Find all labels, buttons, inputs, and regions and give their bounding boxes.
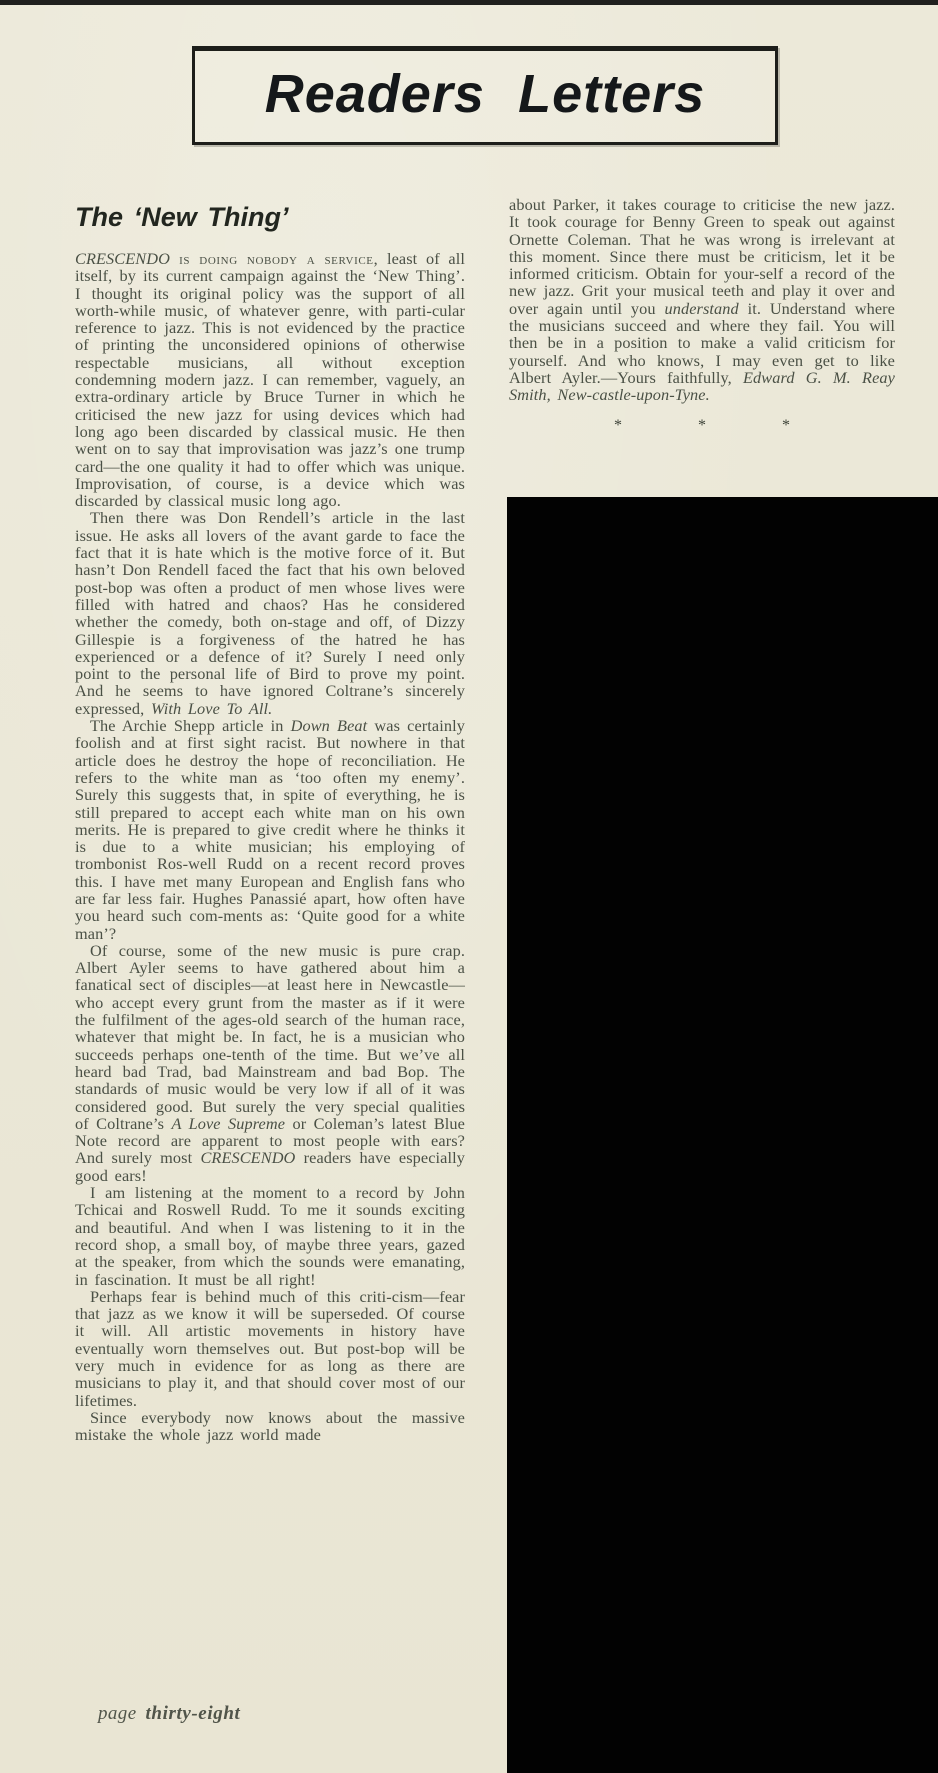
scan-edge-top (0, 0, 938, 5)
paragraph: about Parker, it takes courage to critic… (509, 196, 895, 404)
letter-body-right: about Parker, it takes courage to critic… (509, 196, 895, 404)
right-column: about Parker, it takes courage to critic… (509, 196, 895, 435)
paragraph: The Archie Shepp article in Down Beat wa… (75, 717, 465, 942)
paragraph: I am listening at the moment to a record… (75, 1184, 465, 1288)
header-box: Readers Letters (192, 46, 778, 145)
paragraph: Of course, some of the new music is pure… (75, 942, 465, 1184)
redacted-image (507, 497, 938, 1773)
paragraph: CRESCENDO is doing nobody a service, lea… (75, 250, 465, 509)
asterisk: * (614, 417, 622, 435)
page-number: pagethirty-eight (98, 1703, 240, 1725)
left-column: The ‘New Thing’ CRESCENDO is doing nobod… (75, 202, 465, 1443)
page-number-value: thirty-eight (146, 1703, 241, 1724)
page-number-word: page (98, 1703, 137, 1724)
asterisk: * (782, 417, 790, 435)
page-title: Readers Letters (265, 63, 705, 131)
paragraph: Perhaps fear is behind much of this crit… (75, 1288, 465, 1409)
asterisk: * (698, 417, 706, 435)
paragraph: Then there was Don Rendell’s article in … (75, 509, 465, 717)
letter-heading: The ‘New Thing’ (75, 202, 465, 233)
letter-body-left: CRESCENDO is doing nobody a service, lea… (75, 250, 465, 1443)
asterisk-separator: *** (509, 417, 895, 435)
magazine-page: Readers Letters The ‘New Thing’ CRESCEND… (0, 0, 938, 1773)
paragraph: Since everybody now knows about the mass… (75, 1409, 465, 1444)
